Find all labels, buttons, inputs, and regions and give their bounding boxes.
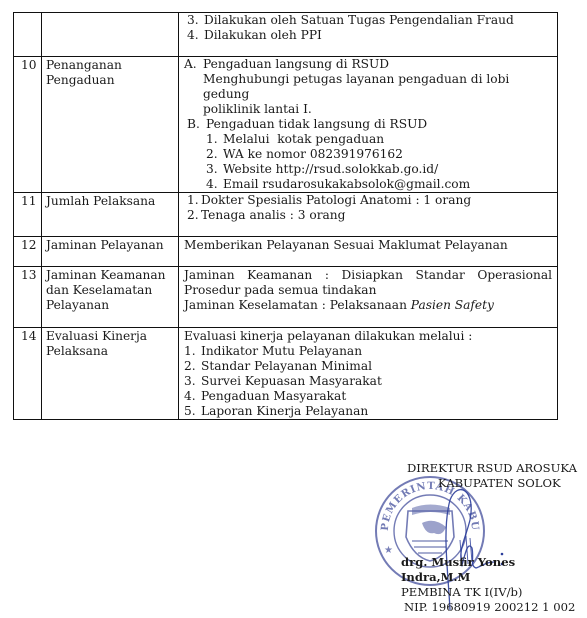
table-row: 12 Jaminan Pelayanan Memberikan Pelayana… — [14, 237, 558, 267]
row-content: Jaminan Keamanan : Disiapkan Standar Ope… — [179, 267, 558, 328]
list-item: 3.Survei Kepuasan Masyarakat — [184, 374, 552, 389]
row-label — [42, 13, 179, 57]
row-label: Jaminan Keamanan dan Keselamatan Pelayan… — [42, 267, 179, 328]
row-label: Jumlah Pelaksana — [42, 193, 179, 237]
signatory-rank: PEMBINA TK I(IV/b) — [401, 585, 587, 600]
row-label: Jaminan Pelayanan — [42, 237, 179, 267]
list-item: 4.Email rsudarosukakabsolok@gmail.com — [206, 177, 470, 192]
signatory-nip: NIP. 19680919 200212 1 002 — [404, 600, 587, 615]
row-number: 12 — [14, 237, 42, 267]
section-a: A. Pengaduan langsung di RSUD Menghubung… — [184, 57, 552, 117]
svg-text:★: ★ — [384, 545, 393, 556]
list-item: 1.Dokter Spesialis Patologi Anatomi : 1 … — [187, 193, 552, 208]
signatory-name: drg. Musfir Yones Indra,M.M — [401, 555, 587, 585]
list-item: 2.WA ke nomor 082391976162 — [206, 147, 470, 162]
table-row: 3.Dilakukan oleh Satuan Tugas Pengendali… — [14, 13, 558, 57]
row-number: 11 — [14, 193, 42, 237]
list-item: 1.Indikator Mutu Pelayanan — [184, 344, 552, 359]
list-item: 4.Dilakukan oleh PPI — [187, 28, 552, 43]
signature-block: DIREKTUR RSUD AROSUKA KABUPATEN SOLOK dr… — [398, 461, 587, 615]
row-number: 10 — [14, 57, 42, 193]
row-content: 3.Dilakukan oleh Satuan Tugas Pengendali… — [179, 13, 558, 57]
section-b: B. Pengaduan tidak langsung di RSUD 1.Me… — [187, 117, 552, 192]
row-number: 13 — [14, 267, 42, 328]
row-label: Evaluasi Kinerja Pelaksana — [42, 328, 179, 420]
list-item: 2.Standar Pelayanan Minimal — [184, 359, 552, 374]
list-item: 3.Website http://rsud.solokkab.go.id/ — [206, 162, 470, 177]
list-item: 5.Laporan Kinerja Pelayanan — [184, 404, 552, 419]
list-item: 4.Pengaduan Masyarakat — [184, 389, 552, 404]
table-row: 13 Jaminan Keamanan dan Keselamatan Pela… — [14, 267, 558, 328]
row-label: Penanganan Pengaduan — [42, 57, 179, 193]
row-content: 1.Dokter Spesialis Patologi Anatomi : 1 … — [179, 193, 558, 237]
table-row: 14 Evaluasi Kinerja Pelaksana Evaluasi k… — [14, 328, 558, 420]
list-item: 2.Tenaga analis : 3 orang — [187, 208, 552, 223]
table-row: 11 Jumlah Pelaksana 1.Dokter Spesialis P… — [14, 193, 558, 237]
row-number: 14 — [14, 328, 42, 420]
table-row: 10 Penanganan Pengaduan A. Pengaduan lan… — [14, 57, 558, 193]
list-item: 1.Melalui kotak pengaduan — [206, 132, 470, 147]
service-standard-table: 3.Dilakukan oleh Satuan Tugas Pengendali… — [13, 12, 558, 420]
signatory-institution: KABUPATEN SOLOK — [438, 476, 587, 491]
row-content: Evaluasi kinerja pelayanan dilakukan mel… — [179, 328, 558, 420]
signatory-position: DIREKTUR RSUD AROSUKA — [407, 461, 587, 476]
row-number — [14, 13, 42, 57]
row-content: Memberikan Pelayanan Sesuai Maklumat Pel… — [179, 237, 558, 267]
row-content: A. Pengaduan langsung di RSUD Menghubung… — [179, 57, 558, 193]
list-item: 3.Dilakukan oleh Satuan Tugas Pengendali… — [187, 13, 552, 28]
